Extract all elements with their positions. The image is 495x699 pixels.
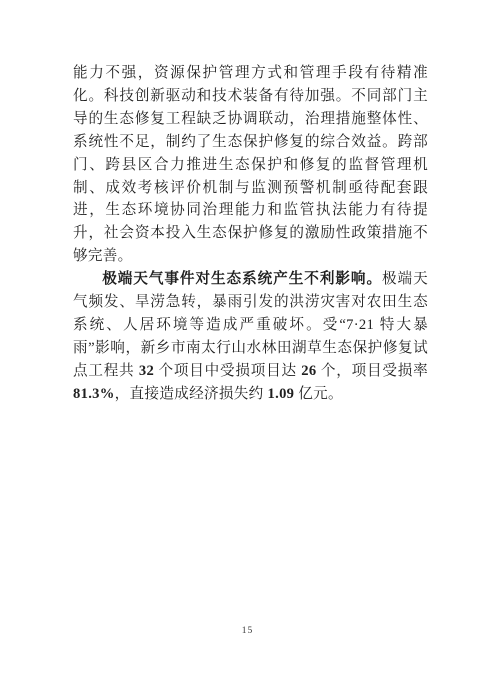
stat-damage-rate: 81.3%	[73, 386, 115, 402]
stat-projects-total: 32	[139, 363, 154, 379]
paragraph-capacity-issues-text: 能力不强，资源保护管理方式和管理手段有待精准化。科技创新驱动和技术装备有待加强。…	[73, 65, 428, 264]
paragraph-extreme-weather-lead: 极端天气事件对生态系统产生不利影响。	[102, 271, 382, 287]
page-number: 15	[0, 626, 495, 636]
document-page: 能力不强，资源保护管理方式和管理手段有待精准化。科技创新驱动和技术装备有待加强。…	[0, 0, 495, 699]
document-body: 能力不强，资源保护管理方式和管理手段有待精准化。科技创新驱动和技术装备有待加强。…	[73, 62, 428, 406]
paragraph-extreme-weather-text-5: 亿元。	[294, 386, 343, 402]
paragraph-extreme-weather-text-3: 个，项目受损率	[316, 363, 428, 379]
paragraph-capacity-issues: 能力不强，资源保护管理方式和管理手段有待精准化。科技创新驱动和技术装备有待加强。…	[73, 62, 428, 268]
paragraph-extreme-weather: 极端天气事件对生态系统产生不利影响。极端天气频发、旱涝急转，暴雨引发的洪涝灾害对…	[73, 268, 428, 405]
stat-projects-damaged: 26	[301, 363, 316, 379]
paragraph-extreme-weather-text-4: ，直接造成经济损失约	[115, 386, 268, 402]
paragraph-extreme-weather-text-2: 个项目中受损项目达	[154, 363, 301, 379]
stat-economic-loss: 1.09	[268, 386, 295, 402]
